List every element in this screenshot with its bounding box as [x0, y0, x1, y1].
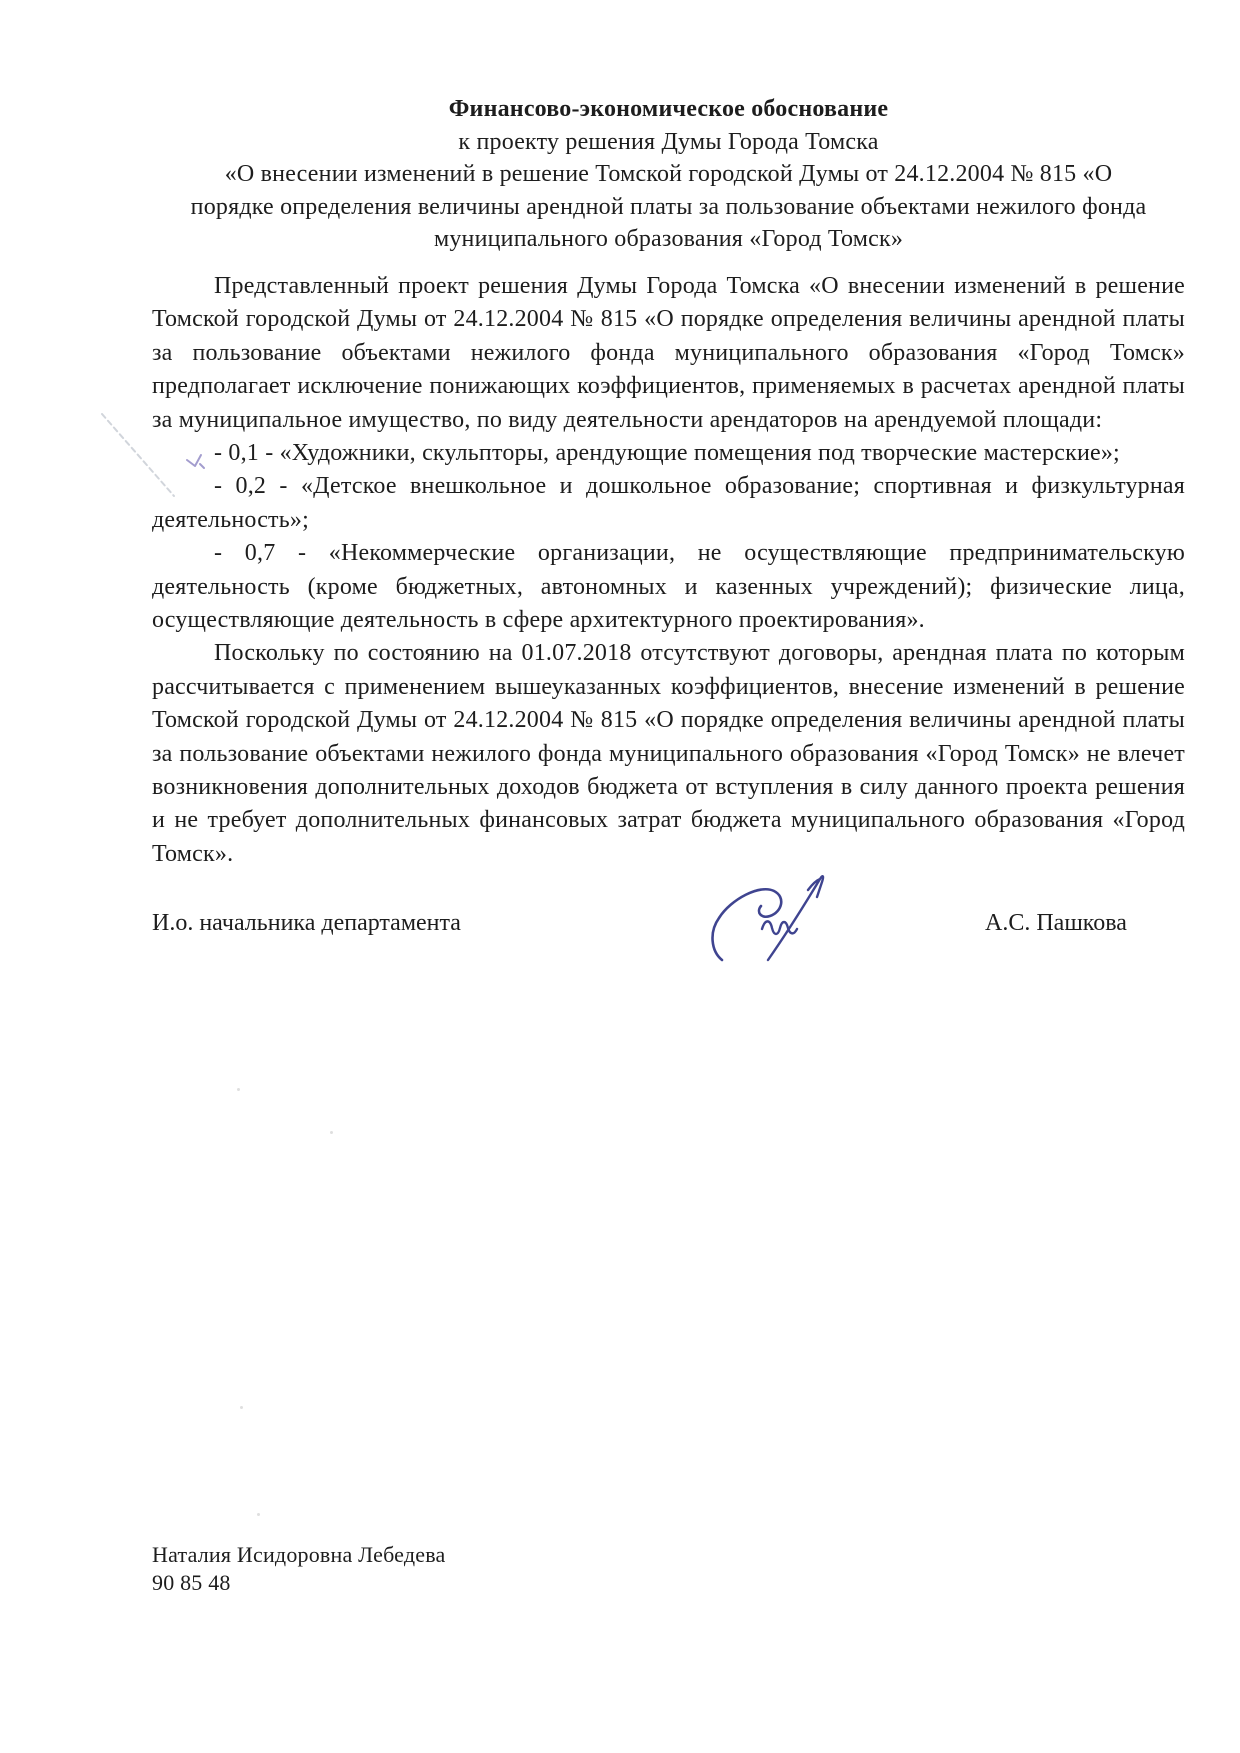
coefficient-list-item: - 0,7 - «Некоммерческие организации, не … [152, 537, 1185, 637]
scan-speck [330, 1131, 333, 1134]
signer-position-label: И.о. начальника департамента [152, 910, 461, 937]
contact-name: Наталия Исидоровна Лебедева [152, 1541, 445, 1569]
coefficient-list-item: - 0,2 - «Детское внешкольное и дошкольно… [152, 470, 1185, 537]
scan-speck [237, 1088, 240, 1091]
contact-block: Наталия Исидоровна Лебедева 90 85 48 [152, 1541, 445, 1597]
signer-name: А.С. Пашкова [985, 910, 1127, 937]
signature-block: И.о. начальника департамента А.С. Пашков… [152, 910, 1185, 950]
document-page: Финансово-экономическое обоснование к пр… [0, 0, 1240, 1753]
title-line: муниципального образования «Город Томск» [152, 223, 1185, 256]
document-body: Финансово-экономическое обоснование к пр… [152, 93, 1185, 871]
title-line: «О внесении изменений в решение Томской … [152, 158, 1185, 191]
title-line: Финансово-экономическое обоснование [152, 93, 1185, 126]
document-title: Финансово-экономическое обоснование к пр… [152, 93, 1185, 256]
title-line: к проекту решения Думы Города Томска [152, 126, 1185, 159]
title-line: порядке определения величины арендной пл… [152, 191, 1185, 224]
paragraph-conclusion: Поскольку по состоянию на 01.07.2018 отс… [152, 637, 1185, 871]
paragraph-intro: Представленный проект решения Думы Город… [152, 270, 1185, 437]
scan-speck [240, 1406, 243, 1409]
scan-speck [257, 1513, 260, 1516]
coefficient-list-item: - 0,1 - «Художники, скульпторы, арендующ… [152, 437, 1185, 470]
contact-phone: 90 85 48 [152, 1569, 445, 1597]
